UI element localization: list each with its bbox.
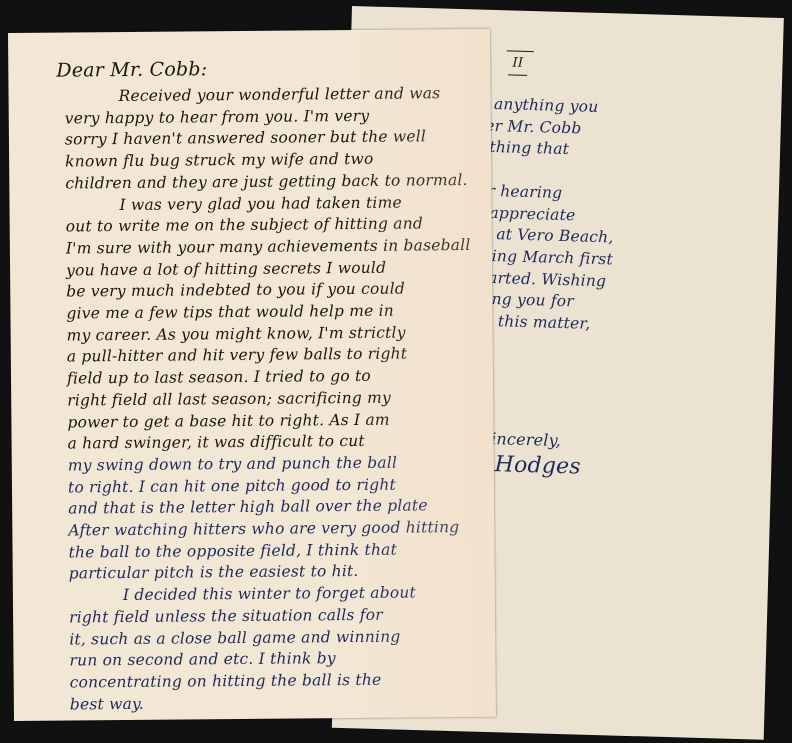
text-line: best way. [70, 691, 475, 716]
letter-page-one: Dear Mr. Cobb: Received your wonderful l… [8, 29, 496, 721]
text-line: After watching hitters who are very good… [68, 517, 473, 542]
text-line: sorry I haven't answered sooner but the … [65, 126, 470, 151]
text-line: Received your wonderful letter and was [64, 83, 469, 108]
text-line: I'm sure with your many achievements in … [66, 235, 471, 260]
text-line: children and they are just getting back … [65, 170, 470, 195]
page-number: II [508, 52, 527, 75]
text-line: I decided this winter to forget about [69, 582, 474, 607]
salutation: Dear Mr. Cobb: [56, 59, 207, 82]
page-one-body: Received your wonderful letter and was v… [64, 83, 474, 716]
